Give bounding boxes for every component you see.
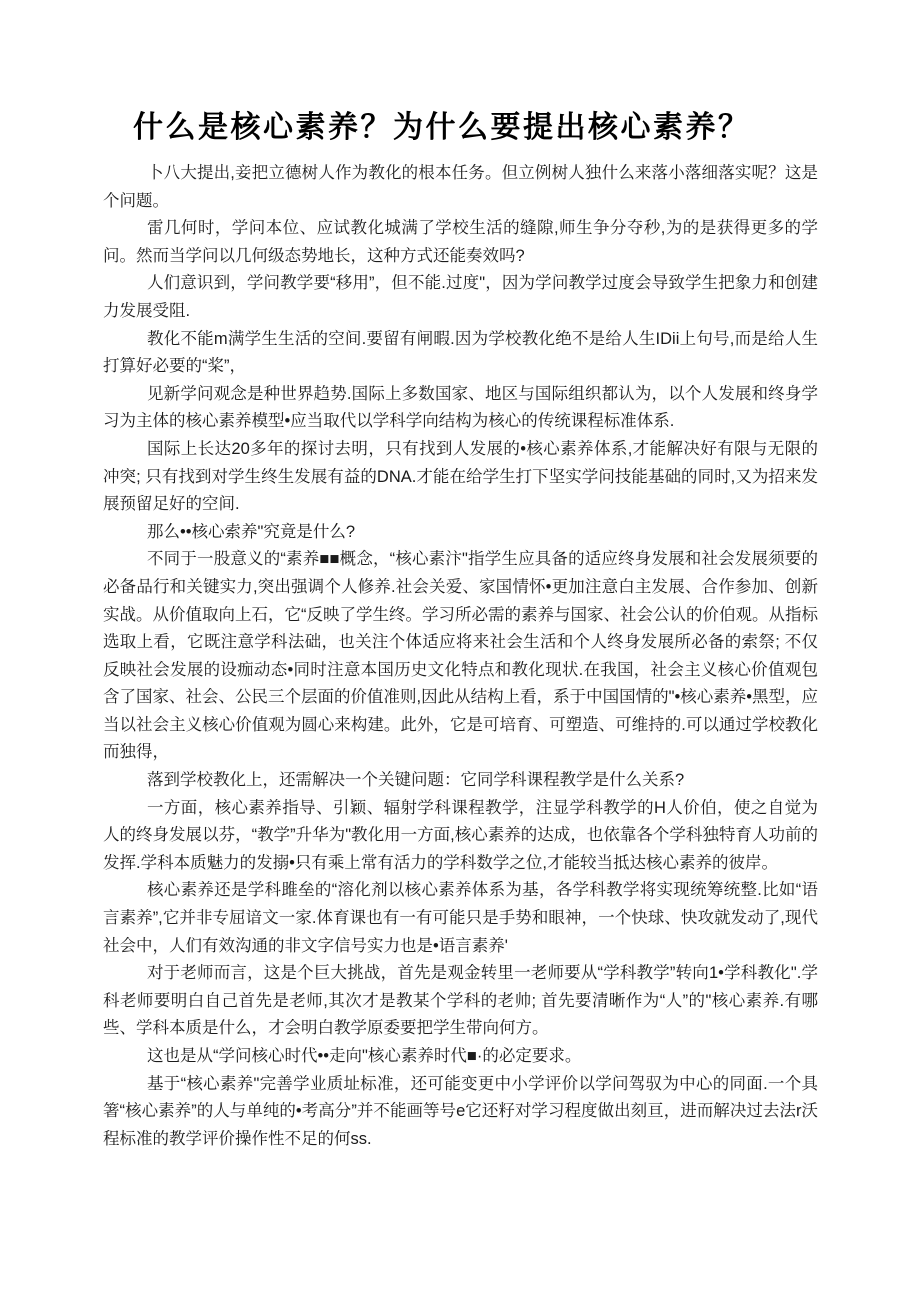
paragraph: 教化不能m满学生生活的空间.要留有闸暇.因为学校教化绝不是给人生IDii上句号,… xyxy=(103,326,818,381)
document-body: 什么是核心素养？为什么要提出核心素养？ 卜八大提出,妾把立德树人作为教化的根本任… xyxy=(103,106,818,1153)
paragraph: 国际上长达20多年的探讨去明，只有找到人发展的•核心素养体系,才能解决好有限与无… xyxy=(103,436,818,519)
paragraph: 基于“核心素养"完善学业质址标准，还可能变更中小学评价以学问驾驭为中心的同面.一… xyxy=(103,1071,818,1154)
paragraph: 人们意识到，学问教学要“移用”，但不能.过度"，因为学问教学过度会导致学生把象力… xyxy=(103,270,818,325)
paragraph: 这也是从“学问核心时代••走向"核心素养时代■·的必定要求。 xyxy=(103,1043,818,1071)
paragraph: 对于老师而言，这是个巨大挑战，首先是观金转里一老师要从“学科教学”转向1•学科教… xyxy=(103,960,818,1043)
paragraph: 卜八大提出,妾把立德树人作为教化的根本任务。但立例树人独什么来落小落细落实呢？这… xyxy=(103,160,818,215)
paragraph: 见新学问观念是种世界趋势.国际上多数国家、地区与国际组织都认为，以个人发展和终身… xyxy=(103,381,818,436)
paragraph: 那么••核心索养"究竟是什么? xyxy=(103,519,818,547)
paragraph: 落到学校教化上，还需解决一个关键问题：它同学科课程教学是什么关系? xyxy=(103,767,818,795)
paragraph: 雷几何时，学问本位、应试教化城满了学校生活的缝隙,师生争分夺秒,为的是获得更多的… xyxy=(103,215,818,270)
document-page: 什么是核心素养？为什么要提出核心素养？ 卜八大提出,妾把立德树人作为教化的根本任… xyxy=(0,0,920,1301)
document-title: 什么是核心素养？为什么要提出核心素养？ xyxy=(133,106,818,150)
paragraph: 不同于一股意义的“素养■■概念，“核心素汴"指学生应具备的适应终身发展和社会发展… xyxy=(103,546,818,767)
paragraph: 核心素养还是学科雎垒的“溶化剂以核心素养体系为基，各学科教学将实现统筹统整.比如… xyxy=(103,877,818,960)
paragraph: 一方面，核心素养指导、引颖、辐射学科课程教学，注显学科教学的H人价伯，使之自觉为… xyxy=(103,795,818,878)
